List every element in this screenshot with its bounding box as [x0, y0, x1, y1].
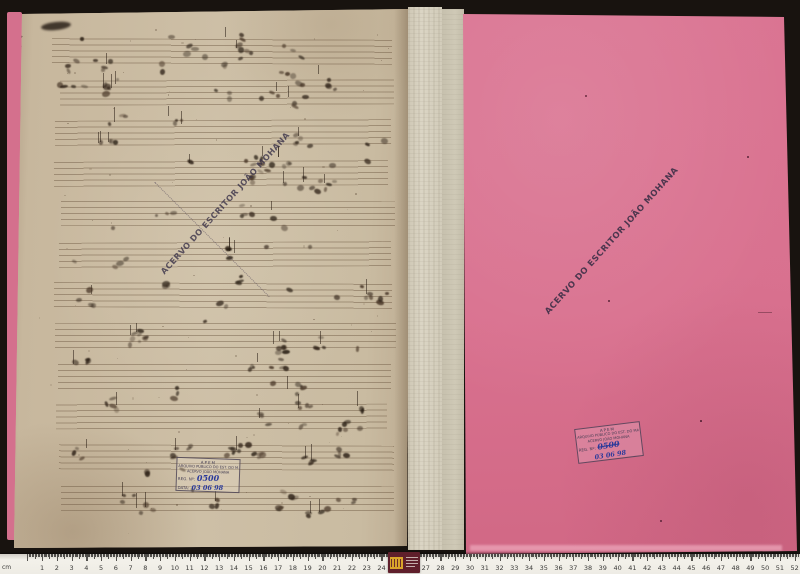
- paper-speck: [195, 39, 196, 40]
- music-notation-blob: [378, 296, 383, 302]
- note-stem-mark: [229, 237, 230, 247]
- music-notation-blob: [238, 274, 243, 278]
- ruler-number: 52: [791, 564, 799, 572]
- ruler-number: 43: [658, 564, 666, 572]
- ruler-number: 15: [245, 564, 253, 572]
- ruler-number: 40: [613, 564, 621, 572]
- staff-system: [54, 282, 392, 309]
- scanned-manuscript-photo: ACERVO DO ESCRITOR JOÃO MOHANA APEM ARQU…: [0, 0, 800, 574]
- paper-speck: [64, 195, 65, 196]
- ruler-number: 27: [422, 564, 430, 572]
- note-stem-mark: [298, 394, 299, 408]
- ruler-number: 8: [143, 564, 147, 572]
- music-notation-blob: [329, 163, 336, 168]
- music-notation-blob: [323, 187, 327, 192]
- ruler-number: 2: [55, 564, 59, 572]
- note-stem-mark: [234, 240, 235, 252]
- paper-speck: [178, 431, 180, 433]
- paper-speck: [313, 319, 314, 320]
- music-notation-blob: [138, 510, 143, 515]
- music-notation-blob: [144, 471, 150, 477]
- ruler-number: 12: [200, 564, 208, 572]
- note-stem-mark: [225, 27, 226, 37]
- paper-speck: [109, 174, 111, 176]
- cover-speck: [700, 420, 702, 422]
- ruler-number: 36: [554, 564, 562, 572]
- note-stem-mark: [136, 493, 137, 508]
- ruler-number: 16: [259, 564, 267, 572]
- stamp-showthrough-line: [154, 182, 269, 297]
- ruler-number: 13: [215, 564, 223, 572]
- music-notation-blob: [307, 244, 312, 249]
- note-stem-mark: [114, 107, 115, 122]
- note-stem-mark: [100, 131, 101, 142]
- note-stem-mark: [271, 201, 272, 210]
- registry-date-label: DATA:: [177, 484, 189, 492]
- music-notation-blob: [245, 442, 252, 448]
- paper-speck: [128, 533, 129, 534]
- ruler-number: 24: [377, 564, 385, 572]
- paper-speck: [235, 355, 237, 357]
- note-stem-mark: [303, 167, 304, 182]
- collection-stamp-right: ACERVO DO ESCRITOR JOÃO MOHANA: [543, 165, 681, 316]
- paper-speck: [88, 350, 90, 352]
- paper-speck: [290, 107, 291, 108]
- paper-speck: [381, 60, 382, 61]
- paper-speck: [117, 358, 118, 359]
- ruler-number: 31: [481, 564, 489, 572]
- music-notation-blob: [326, 78, 331, 83]
- music-notation-blob: [313, 188, 322, 196]
- paper-speck: [50, 384, 52, 386]
- music-notation-blob: [111, 226, 116, 231]
- paper-speck: [132, 397, 134, 399]
- ruler-number: 39: [599, 564, 607, 572]
- music-notation-blob: [278, 357, 285, 361]
- ruler-number: 1: [40, 564, 44, 572]
- paper-speck: [343, 508, 344, 509]
- paper-speck: [66, 248, 68, 250]
- music-notation-blob: [305, 511, 312, 515]
- music-notation-blob: [226, 91, 231, 96]
- cover-speck: [585, 95, 587, 97]
- music-notation-blob: [357, 426, 364, 432]
- logo-text-line: [406, 563, 418, 564]
- paper-speck: [355, 193, 357, 195]
- music-notation-blob: [302, 176, 307, 179]
- note-stem-mark: [288, 86, 289, 98]
- ruler-number: 28: [436, 564, 444, 572]
- ruler-number: 46: [702, 564, 710, 572]
- music-notation-blob: [282, 350, 290, 355]
- note-stem-mark: [145, 492, 146, 507]
- logo-text-line: [406, 560, 418, 561]
- music-notation-blob: [307, 143, 314, 148]
- paper-speck: [223, 237, 224, 238]
- paper-speck: [363, 303, 365, 305]
- music-notation-blob: [191, 47, 199, 51]
- cover-speck: [660, 520, 662, 522]
- music-notation-blob: [356, 346, 360, 352]
- music-notation-blob: [318, 178, 323, 182]
- registry-date-value-handwritten: 03 06 98: [191, 484, 223, 492]
- staff-system: [54, 160, 388, 187]
- music-notation-blob: [279, 71, 284, 74]
- note-stem-mark: [106, 53, 107, 64]
- music-notation-blob: [116, 77, 120, 80]
- ruler-number: 51: [776, 564, 784, 572]
- note-stem-mark: [122, 482, 123, 496]
- note-stem-mark: [115, 71, 116, 84]
- staff-system: [52, 38, 392, 65]
- ruler-number: 44: [672, 564, 680, 572]
- note-stem-mark: [319, 499, 320, 512]
- paper-speck: [256, 394, 258, 396]
- staff-system: [55, 119, 391, 146]
- paper-speck: [193, 275, 195, 277]
- music-notation-blob: [159, 68, 165, 75]
- ruler-tick: [798, 554, 799, 557]
- paper-speck: [169, 91, 170, 92]
- ruler-number: 22: [348, 564, 356, 572]
- ruler-number: 19: [304, 564, 312, 572]
- paper-speck: [329, 442, 330, 443]
- note-stem-mark: [298, 127, 299, 136]
- paper-speck: [74, 72, 76, 74]
- ruler-number: 10: [171, 564, 179, 572]
- registry-reg-value-handwritten: 0500: [197, 474, 219, 482]
- music-notation-blob: [281, 163, 286, 169]
- pink-cover-page: ACERVO DO ESCRITOR JOÃO MOHANA APEM ARQU…: [458, 11, 798, 554]
- ruler-number: 34: [525, 564, 533, 572]
- ruler-number: 47: [717, 564, 725, 572]
- manuscript-page: ACERVO DO ESCRITOR JOÃO MOHANA APEM ARQU…: [13, 8, 410, 548]
- ruler-number: 17: [274, 564, 282, 572]
- ruler-number: 42: [643, 564, 651, 572]
- ruler-number: 37: [569, 564, 577, 572]
- paper-speck: [176, 504, 178, 506]
- measuring-ruler: cm 1234567891011121314151617181920212223…: [0, 554, 800, 574]
- ruler-number: 6: [114, 564, 118, 572]
- cover-bottom-edge-highlight: [470, 545, 782, 551]
- music-notation-blob: [175, 119, 179, 122]
- note-stem-mark: [276, 82, 277, 90]
- note-stem-mark: [318, 65, 319, 74]
- registry-reg-label: REG. Nº:: [178, 475, 195, 484]
- note-stem-mark: [236, 436, 237, 450]
- note-stem-mark: [273, 331, 274, 344]
- paper-speck: [351, 324, 352, 325]
- note-stem-mark: [311, 444, 312, 460]
- ruler-number: 3: [69, 564, 73, 572]
- cover-scratch: [758, 312, 772, 313]
- ruler-number: 50: [761, 564, 769, 572]
- music-notation-blob: [91, 303, 97, 309]
- ruler-number: 4: [84, 564, 88, 572]
- staff-system: [55, 323, 396, 348]
- paper-speck: [371, 331, 372, 332]
- paper-speck: [39, 317, 41, 319]
- music-notation-blob: [337, 427, 342, 432]
- ruler-number: 32: [495, 564, 503, 572]
- music-notation-blob: [120, 499, 126, 504]
- paper-speck: [123, 72, 124, 73]
- logo-text-line: [406, 557, 418, 558]
- paper-speck: [181, 42, 183, 44]
- paper-speck: [89, 168, 91, 170]
- music-notation-blob: [294, 381, 301, 388]
- music-notation-blob: [276, 345, 282, 350]
- music-notation-blob: [358, 406, 363, 412]
- ruler-number: 14: [230, 564, 238, 572]
- paper-speck: [155, 29, 157, 31]
- music-notation-blob: [123, 115, 128, 119]
- paper-speck: [304, 118, 306, 120]
- ruler-number: 49: [746, 564, 754, 572]
- ruler-number: 23: [363, 564, 371, 572]
- music-notation-blob: [108, 59, 114, 64]
- note-stem-mark: [257, 353, 258, 361]
- music-notation-blob: [269, 365, 274, 369]
- ruler-number: 29: [451, 564, 459, 572]
- music-notation-blob: [295, 141, 299, 144]
- logo-text-line: [406, 566, 415, 567]
- note-stem-mark: [287, 376, 288, 388]
- paper-speck: [158, 397, 160, 399]
- ruler-number: 11: [185, 564, 193, 572]
- ruler-number: 45: [687, 564, 695, 572]
- registry-stamp-right: APEM ARQUIVO PÚBLICO DO EST. DO MA. ACER…: [574, 421, 644, 464]
- ink-smudge: [41, 20, 72, 31]
- paper-speck: [303, 245, 305, 247]
- paper-speck: [216, 139, 218, 141]
- music-notation-blob: [336, 432, 340, 437]
- paper-speck: [341, 436, 342, 437]
- paper-speck: [377, 34, 378, 35]
- music-notation-blob: [227, 96, 232, 102]
- ruler-number: 38: [584, 564, 592, 572]
- paper-speck: [246, 437, 248, 439]
- paper-speck: [337, 230, 338, 231]
- ruler-number: 9: [158, 564, 162, 572]
- note-stem-mark: [111, 74, 112, 88]
- note-stem-mark: [189, 154, 190, 162]
- ruler-number: 7: [129, 564, 133, 572]
- note-stem-mark: [168, 106, 169, 116]
- paper-speck: [67, 123, 69, 125]
- paper-speck: [111, 222, 112, 223]
- music-notation-blob: [276, 94, 280, 98]
- paper-speck: [377, 315, 378, 316]
- music-notation-blob: [325, 82, 331, 87]
- note-stem-mark: [324, 174, 325, 183]
- binding-cloth-strip-inner: [442, 9, 464, 550]
- note-stem-mark: [175, 438, 176, 450]
- note-stem-mark: [283, 171, 284, 183]
- music-notation-blob: [220, 61, 228, 68]
- ruler-number: 20: [318, 564, 326, 572]
- music-notation-blob: [127, 342, 131, 348]
- ruler-number: 5: [99, 564, 103, 572]
- paper-speck: [250, 205, 251, 206]
- ruler-number: 41: [628, 564, 636, 572]
- ruler-number: 30: [466, 564, 474, 572]
- cover-speck: [747, 156, 749, 158]
- music-notation-blob: [158, 61, 165, 68]
- staff-system: [58, 364, 391, 389]
- binding-cloth-strip: [408, 7, 442, 550]
- music-notation-blob: [154, 214, 157, 217]
- ruler-number: 18: [289, 564, 297, 572]
- paper-speck: [253, 434, 255, 436]
- music-notation-blob: [65, 64, 71, 69]
- music-notation-blob: [101, 68, 106, 72]
- paper-speck: [288, 423, 289, 424]
- note-stem-mark: [357, 391, 358, 406]
- archive-logo: [388, 552, 420, 573]
- note-stem-mark: [86, 439, 87, 448]
- ruler-unit-label: cm: [2, 564, 11, 571]
- building-icon-base: [390, 567, 403, 569]
- ruler-number: 35: [540, 564, 548, 572]
- music-notation-blob: [324, 506, 332, 513]
- ruler-number: 33: [510, 564, 518, 572]
- music-notation-blob: [343, 428, 348, 432]
- staff-system: [56, 404, 387, 430]
- registry-stamp-left: APEM ARQUIVO PÚBLICO DO EST. DO MA. ACER…: [175, 457, 240, 493]
- music-notation-blob: [334, 294, 341, 300]
- ruler-number: 48: [731, 564, 739, 572]
- cover-speck: [608, 300, 610, 302]
- ruler-number: 21: [333, 564, 341, 572]
